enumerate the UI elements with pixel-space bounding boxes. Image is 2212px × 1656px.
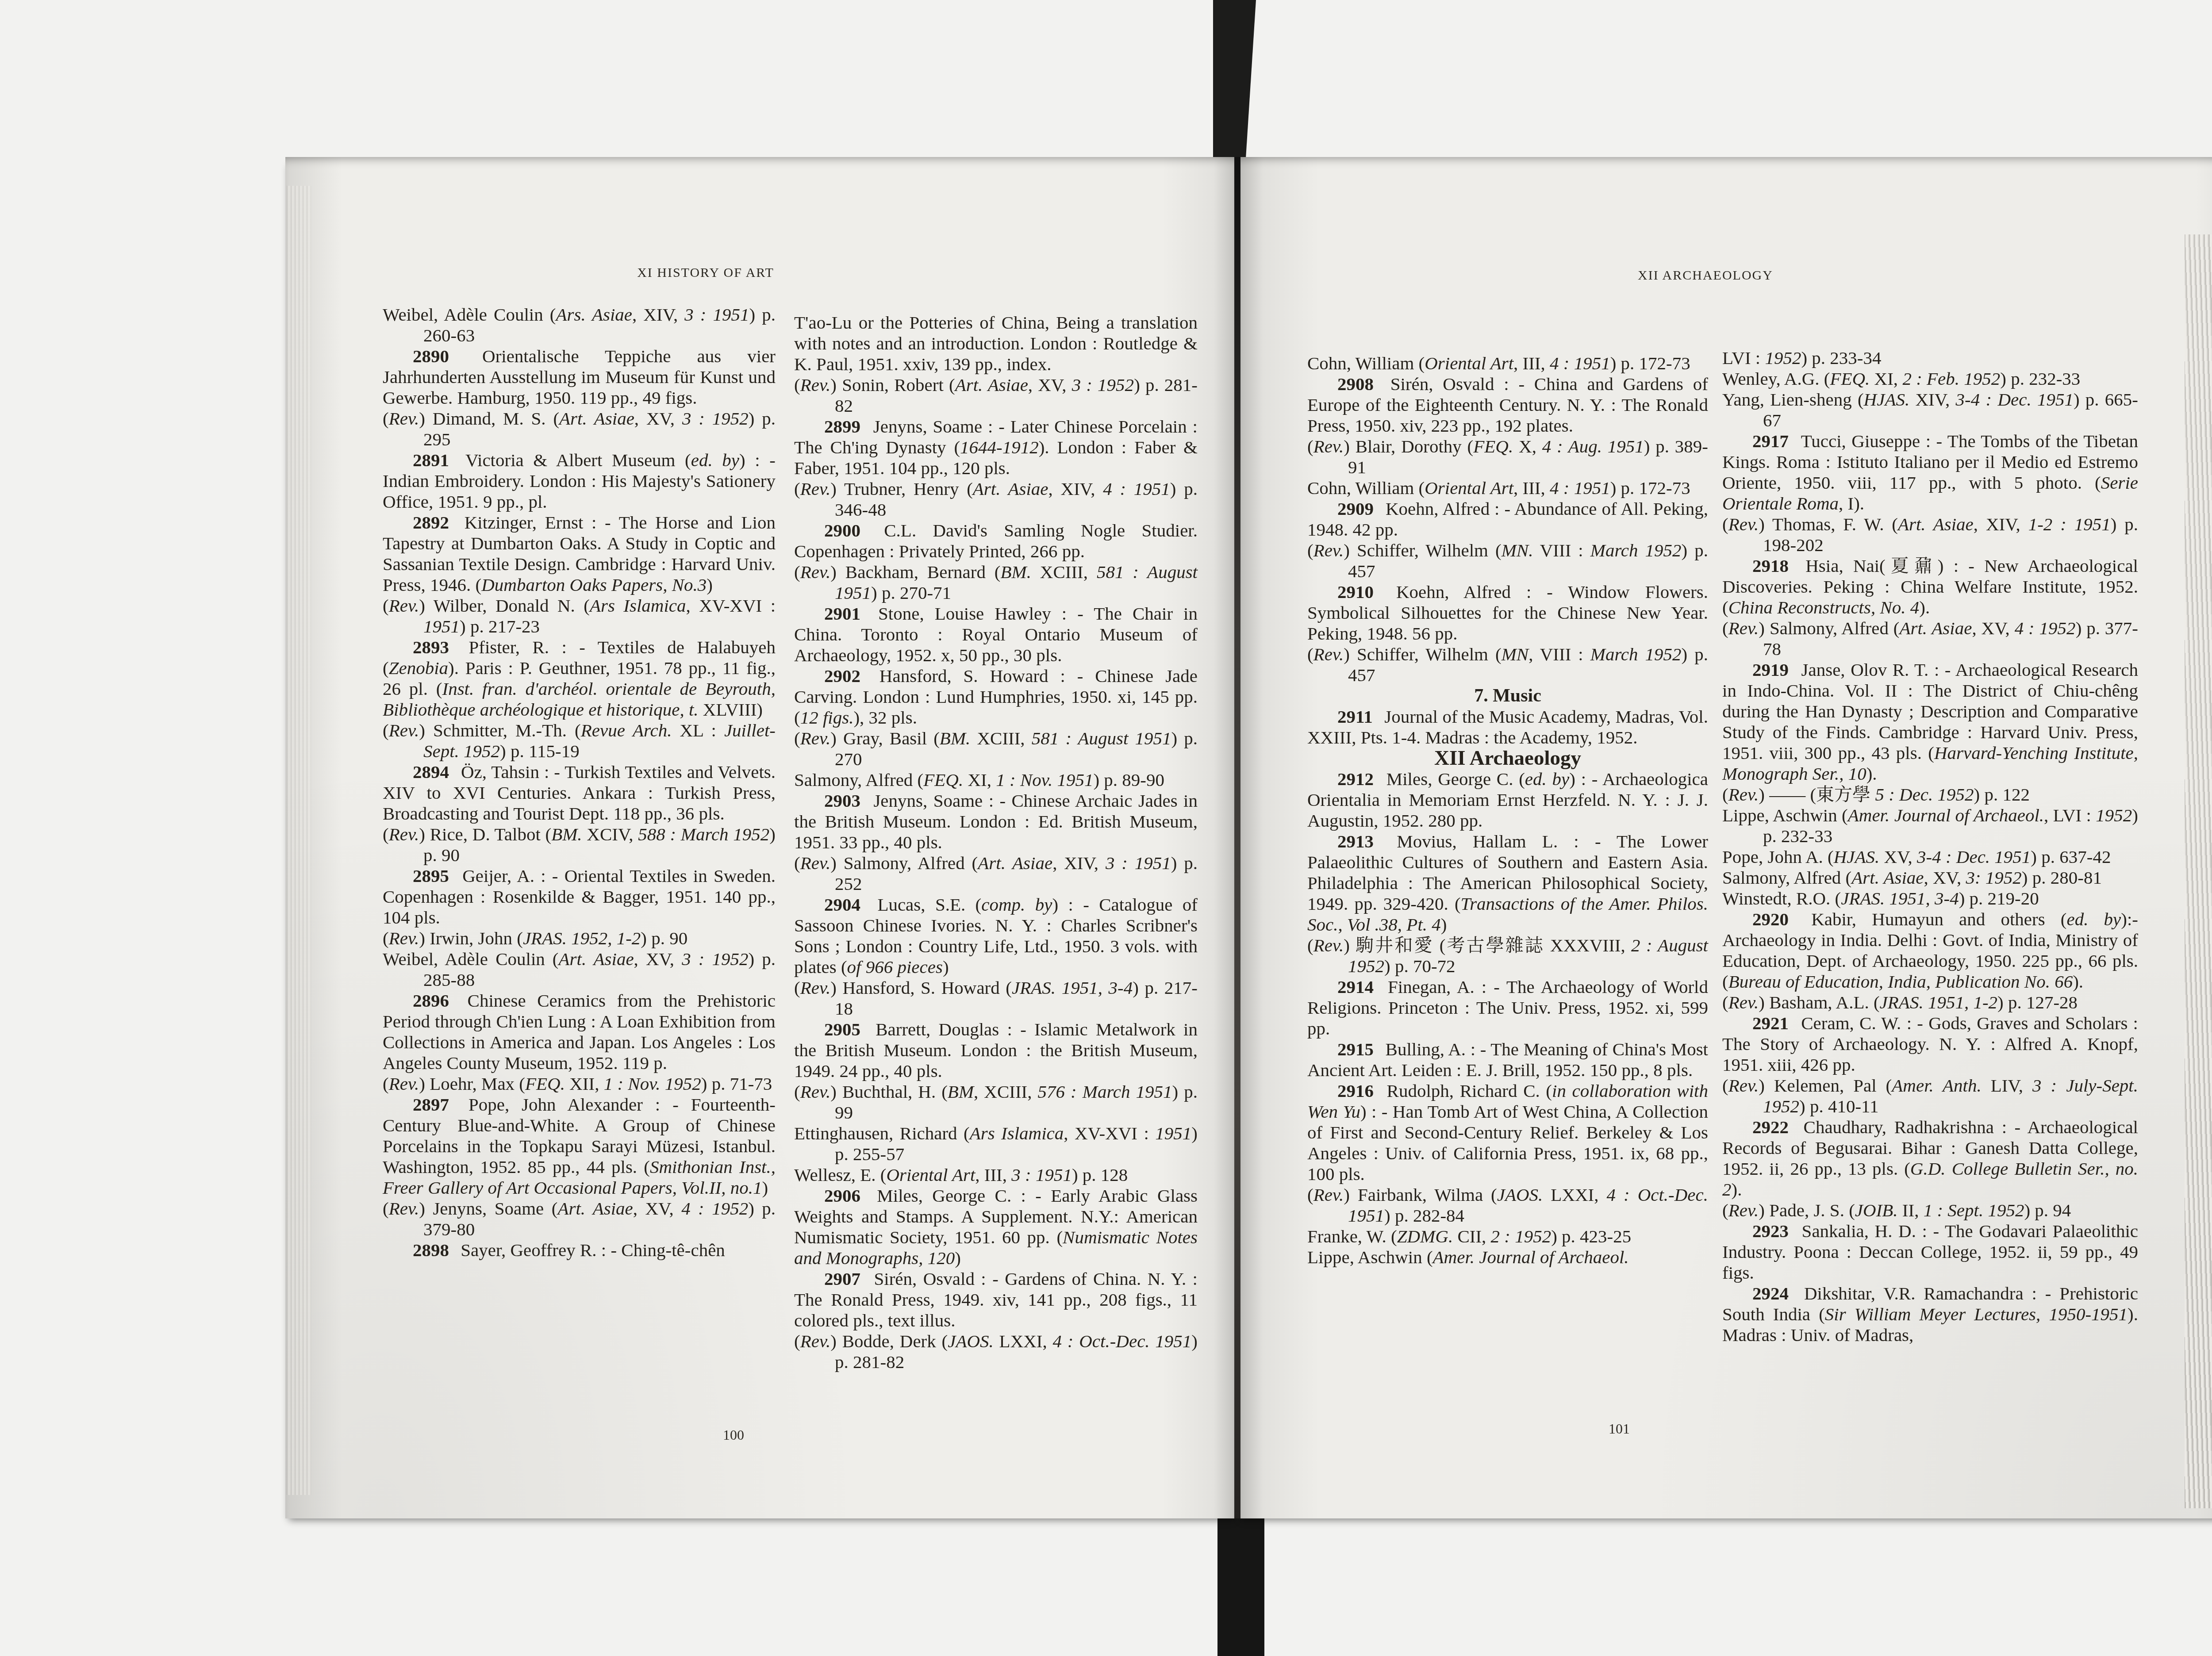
bib-paragraph: 2922 Chaudhary, Radhakrishna : - Archaeo… xyxy=(1722,1117,2138,1200)
bib-paragraph: Ettinghausen, Richard (Ars Islamica, XV-… xyxy=(794,1123,1198,1165)
bib-paragraph: 2911 Journal of the Music Academy, Madra… xyxy=(1307,706,1708,748)
bib-paragraph: 2901 Stone, Louise Hawley : - The Chair … xyxy=(794,603,1198,666)
bib-paragraph: 2893 Pfister, R. : - Textiles de Halabuy… xyxy=(383,637,776,720)
bib-paragraph: Winstedt, R.O. (JRAS. 1951, 3-4) p. 219-… xyxy=(1722,888,2138,909)
bib-paragraph: (Rev.) Basham, A.L. (JRAS. 1951, 1-2) p.… xyxy=(1722,992,2138,1013)
bib-paragraph: (Rev.) Fairbank, Wilma (JAOS. LXXI, 4 : … xyxy=(1307,1184,1708,1226)
bib-paragraph: 2913 Movius, Hallam L. : - The Lower Pal… xyxy=(1307,831,1708,935)
right-page-column-1: Cohn, William (Oriental Art, III, 4 : 19… xyxy=(1307,353,1708,1268)
bib-paragraph: Pope, John A. (HJAS. XV, 3-4 : Dec. 1951… xyxy=(1722,847,2138,867)
bib-paragraph: Cohn, William (Oriental Art, III, 4 : 19… xyxy=(1307,353,1708,374)
bib-paragraph: (Rev.) Jenyns, Soame (Art. Asiae, XV, 4 … xyxy=(383,1198,776,1240)
bib-paragraph: 2920 Kabir, Humayun and others (ed. by):… xyxy=(1722,909,2138,992)
bib-paragraph: (Rev.) Wilber, Donald N. (Ars Islamica, … xyxy=(383,595,776,637)
bib-paragraph: Franke, W. (ZDMG. CII, 2 : 1952) p. 423-… xyxy=(1307,1226,1708,1247)
bib-paragraph: (Rev.) Schiffer, Wilhelm (MN, VIII : Mar… xyxy=(1307,644,1708,686)
bib-paragraph: (Rev.) Buchthal, H. (BM, XCIII, 576 : Ma… xyxy=(794,1081,1198,1123)
bib-paragraph: (Rev.) Salmony, Alfred (Art. Asiae, XV, … xyxy=(1722,618,2138,659)
bib-paragraph: 2918 Hsia, Nai(夏鼐) : - New Archaeologica… xyxy=(1722,556,2138,618)
section-heading: 7. Music xyxy=(1307,686,1708,706)
bib-paragraph: (Rev.) Blair, Dorothy (FEQ. X, 4 : Aug. … xyxy=(1307,436,1708,478)
bib-paragraph: (Rev.) Kelemen, Pal (Amer. Anth. LIV, 3 … xyxy=(1722,1075,2138,1117)
bib-paragraph: 2899 Jenyns, Soame : - Later Chinese Por… xyxy=(794,416,1198,479)
bib-paragraph: (Rev.) Dimand, M. S. (Art. Asiae, XV, 3 … xyxy=(383,408,776,450)
bib-paragraph: (Rev.) Irwin, John (JRAS. 1952, 1-2) p. … xyxy=(383,928,776,949)
bib-paragraph: 2894 Öz, Tahsin : - Turkish Textiles and… xyxy=(383,762,776,824)
book-scan: XI HISTORY OF ART XII ARCHAEOLOGY Weibel… xyxy=(0,0,2212,1656)
bib-paragraph: 2910 Koehn, Alfred : - Window Flowers. S… xyxy=(1307,582,1708,644)
bib-paragraph: Salmony, Alfred (FEQ. XI, 1 : Nov. 1951)… xyxy=(794,770,1198,790)
running-header-left: XI HISTORY OF ART xyxy=(522,265,889,280)
bib-paragraph: 2909 Koehn, Alfred : - Abundance of All.… xyxy=(1307,498,1708,540)
bib-paragraph: (Rev.) Pade, J. S. (JOIB. II, 1 : Sept. … xyxy=(1722,1200,2138,1221)
bib-paragraph: (Rev.) Trubner, Henry (Art. Asiae, XIV, … xyxy=(794,479,1198,520)
bib-paragraph: 2916 Rudolph, Richard C. (in collaborati… xyxy=(1307,1081,1708,1184)
bib-paragraph: (Rev.) Loehr, Max (FEQ. XII, 1 : Nov. 19… xyxy=(383,1073,776,1094)
bib-paragraph: (Rev.) Salmony, Alfred (Art. Asiae, XIV,… xyxy=(794,853,1198,894)
bib-paragraph: (Rev.) Schiffer, Wilhelm (MN. VIII : Mar… xyxy=(1307,540,1708,582)
bib-paragraph: (Rev.) Thomas, F. W. (Art. Asiae, XIV, 1… xyxy=(1722,514,2138,556)
gutter-shadow xyxy=(1234,157,1240,1518)
left-page-column-1: Weibel, Adèle Coulin (Ars. Asiae, XIV, 3… xyxy=(383,304,776,1261)
bib-paragraph: 2900 C.L. David's Samling Nogle Studier.… xyxy=(794,520,1198,562)
bib-paragraph: (Rev.) Rice, D. Talbot (BM. XCIV, 588 : … xyxy=(383,824,776,866)
bib-paragraph: 2897 Pope, John Alexander : - Fourteenth… xyxy=(383,1094,776,1198)
bib-paragraph: Lippe, Aschwin (Amer. Journal of Archaeo… xyxy=(1722,805,2138,847)
page-number-left: 100 xyxy=(689,1427,778,1443)
page-number-right: 101 xyxy=(1575,1421,1663,1437)
bib-paragraph: (Rev.) Sonin, Robert (Art. Asiae, XV, 3 … xyxy=(794,375,1198,416)
bib-paragraph: (Rev.) Hansford, S. Howard (JRAS. 1951, … xyxy=(794,977,1198,1019)
spine-gap-top xyxy=(1213,0,1256,160)
bib-paragraph: Weibel, Adèle Coulin (Art. Asiae, XV, 3 … xyxy=(383,949,776,990)
bib-paragraph: (Rev.) Bodde, Derk (JAOS. LXXI, 4 : Oct.… xyxy=(794,1331,1198,1372)
bib-paragraph: (Rev.) Schmitter, M.-Th. (Revue Arch. XL… xyxy=(383,720,776,762)
bib-paragraph: 2902 Hansford, S. Howard : - Chinese Jad… xyxy=(794,666,1198,728)
bib-paragraph: 2912 Miles, George C. (ed. by) : - Archa… xyxy=(1307,769,1708,831)
bib-paragraph: Weibel, Adèle Coulin (Ars. Asiae, XIV, 3… xyxy=(383,304,776,346)
bib-paragraph: 2895 Geijer, A. : - Oriental Textiles in… xyxy=(383,866,776,928)
bib-paragraph: 2898 Sayer, Geoffrey R. : - Ching-tê-chê… xyxy=(383,1240,776,1261)
bib-paragraph: 2892 Kitzinger, Ernst : - The Horse and … xyxy=(383,512,776,595)
left-edge-pages xyxy=(287,186,311,1495)
bib-paragraph: 2890 Orientalische Teppiche aus vier Jah… xyxy=(383,346,776,408)
bib-paragraph: Lippe, Aschwin (Amer. Journal of Archaeo… xyxy=(1307,1247,1708,1268)
left-page-column-2: T'ao-Lu or the Potteries of China, Being… xyxy=(794,312,1198,1372)
bib-paragraph: Cohn, William (Oriental Art, III, 4 : 19… xyxy=(1307,478,1708,498)
spine-gap-bottom xyxy=(1217,1517,1264,1656)
bib-paragraph: 2905 Barrett, Douglas : - Islamic Metalw… xyxy=(794,1019,1198,1081)
bib-paragraph: Wenley, A.G. (FEQ. XI, 2 : Feb. 1952) p.… xyxy=(1722,368,2138,389)
bib-paragraph: 2924 Dikshitar, V.R. Ramachandra : - Pre… xyxy=(1722,1283,2138,1345)
bib-paragraph: 2914 Finegan, A. : - The Archaeology of … xyxy=(1307,977,1708,1039)
bib-paragraph: LVI : 1952) p. 233-34 xyxy=(1722,348,2138,368)
bib-paragraph: 2908 Sirén, Osvald : - China and Gardens… xyxy=(1307,374,1708,436)
bib-paragraph: 2923 Sankalia, H. D. : - The Godavari Pa… xyxy=(1722,1221,2138,1283)
bib-paragraph: 2906 Miles, George C. : - Early Arabic G… xyxy=(794,1185,1198,1269)
bib-paragraph: (Rev.) Backham, Bernard (BM. XCIII, 581 … xyxy=(794,562,1198,603)
bib-paragraph: Wellesz, E. (Oriental Art, III, 3 : 1951… xyxy=(794,1165,1198,1185)
bib-paragraph: 2896 Chinese Ceramics from the Prehistor… xyxy=(383,990,776,1073)
bib-paragraph: (Rev.) 駒井和愛 (考古學雜誌 XXXVIII, 2 : August 1… xyxy=(1307,935,1708,977)
bib-paragraph: 2917 Tucci, Giuseppe : - The Tombs of th… xyxy=(1722,431,2138,514)
bib-paragraph: 2921 Ceram, C. W. : - Gods, Graves and S… xyxy=(1722,1013,2138,1075)
bib-paragraph: 2903 Jenyns, Soame : - Chinese Archaic J… xyxy=(794,790,1198,853)
bib-paragraph: Yang, Lien-sheng (HJAS. XIV, 3-4 : Dec. … xyxy=(1722,389,2138,431)
bib-paragraph: (Rev.) —— (東方學 5 : Dec. 1952) p. 122 xyxy=(1722,784,2138,805)
bib-paragraph: T'ao-Lu or the Potteries of China, Being… xyxy=(794,312,1198,375)
fore-edge-pages xyxy=(2185,234,2212,1508)
bib-paragraph: 2915 Bulling, A. : - The Meaning of Chin… xyxy=(1307,1039,1708,1081)
bib-paragraph: 2907 Sirén, Osvald : - Gardens of China.… xyxy=(794,1269,1198,1331)
bib-paragraph: 2891 Victoria & Albert Museum (ed. by) :… xyxy=(383,450,776,512)
bib-paragraph: (Rev.) Gray, Basil (BM. XCIII, 581 : Aug… xyxy=(794,728,1198,770)
bib-paragraph: 2904 Lucas, S.E. (comp. by) : - Catalogu… xyxy=(794,894,1198,977)
section-heading: XII Archaeology xyxy=(1307,748,1708,769)
bib-paragraph: Salmony, Alfred (Art. Asiae, XV, 3: 1952… xyxy=(1722,867,2138,888)
running-header-right: XII ARCHAEOLOGY xyxy=(1522,268,1889,283)
right-page-column-2: LVI : 1952) p. 233-34Wenley, A.G. (FEQ. … xyxy=(1722,348,2138,1345)
bib-paragraph: 2919 Janse, Olov R. T. : - Archaeologica… xyxy=(1722,659,2138,784)
